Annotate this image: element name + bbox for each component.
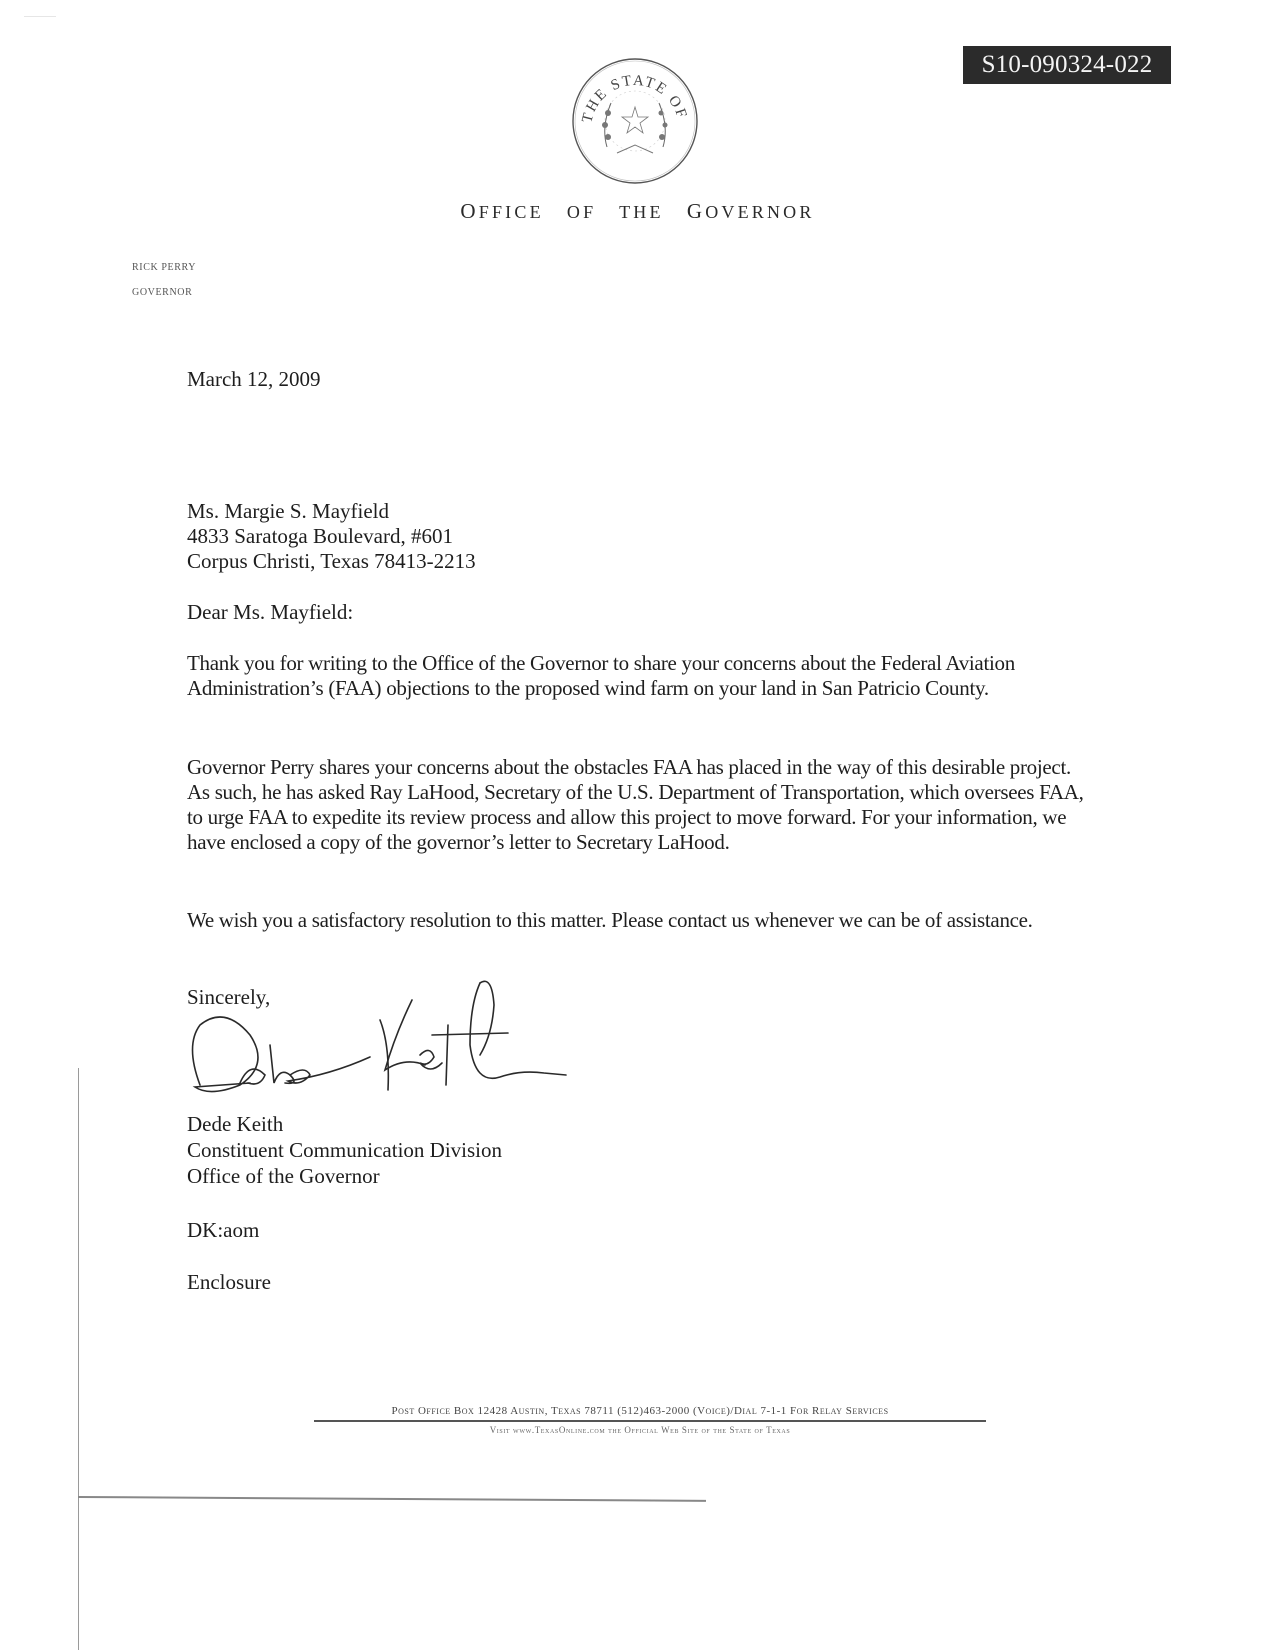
scan-artifact <box>24 16 56 17</box>
scan-bottom-rule <box>78 1496 706 1502</box>
recipient-address: Ms. Margie S. Mayfield 4833 Saratoga Bou… <box>187 499 476 574</box>
reference-initials: DK:aom <box>187 1218 259 1243</box>
recipient-street: 4833 Saratoga Boulevard, #601 <box>187 524 476 549</box>
recipient-city: Corpus Christi, Texas 78413-2213 <box>187 549 476 574</box>
recipient-name: Ms. Margie S. Mayfield <box>187 499 476 524</box>
svg-text:THE STATE OF TEXAS: THE STATE OF TEXAS <box>571 57 691 126</box>
document-id-stamp: S10-090324-022 <box>963 46 1171 84</box>
office-of-the-governor-heading: OFFICE OF THE GOVERNOR <box>0 199 1275 224</box>
body-paragraph-1: Thank you for writing to the Office of t… <box>187 651 1087 701</box>
footer-contact-line: Post Office Box 12428 Austin, Texas 7871… <box>310 1405 970 1417</box>
enclosure-note: Enclosure <box>187 1270 271 1295</box>
heading-word: GOVERNOR <box>687 202 815 222</box>
signer-name: Dede Keith <box>187 1112 502 1138</box>
signer-division: Constituent Communication Division <box>187 1138 502 1164</box>
body-paragraph-2: Governor Perry shares your concerns abou… <box>187 755 1087 855</box>
heading-word: OF <box>567 202 596 222</box>
scan-margin-line <box>78 1068 79 1650</box>
texas-state-seal-icon: THE STATE OF TEXAS <box>571 57 699 185</box>
body-paragraph-3: We wish you a satisfactory resolution to… <box>187 908 1087 933</box>
salutation: Dear Ms. Mayfield: <box>187 600 353 625</box>
letter-date: March 12, 2009 <box>187 367 321 392</box>
footer-website-line: Visit www.TexasOnline.com the Official W… <box>310 1425 970 1435</box>
governor-title: GOVERNOR <box>132 287 192 298</box>
signer-block: Dede Keith Constituent Communication Div… <box>187 1112 502 1190</box>
footer-divider <box>314 1420 986 1422</box>
signer-office: Office of the Governor <box>187 1164 502 1190</box>
governor-name: RICK PERRY <box>132 262 196 273</box>
heading-word: THE <box>619 202 664 222</box>
heading-word: OFFICE <box>460 202 543 222</box>
handwritten-signature-icon <box>180 975 580 1105</box>
